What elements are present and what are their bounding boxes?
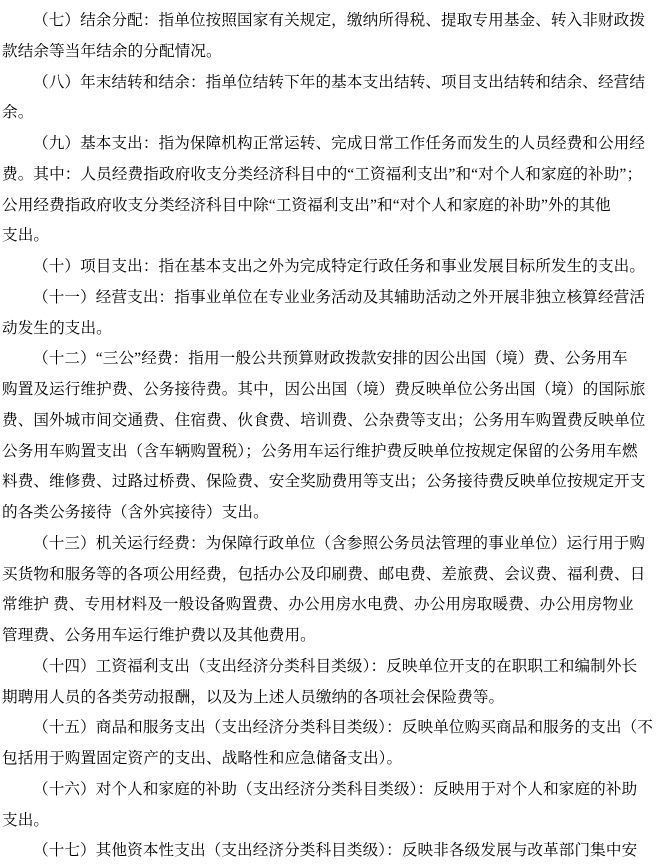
text-line: 款结余等当年结余的分配情况。 [2, 37, 659, 68]
text-line: （十六）对个人和家庭的补助（支出经济分类科目类级）：反映用于对个人和家庭的补助 [2, 775, 659, 806]
text-line: 料费、维修费、过路过桥费、保险费、安全奖励费用等支出；公务接待费反映单位按规定开… [2, 467, 659, 498]
text-line: （八）年末结转和结余：指单位结转下年的基本支出结转、项目支出结转和结余、经营结 [2, 68, 659, 99]
text-line: （十）项目支出：指在基本支出之外为完成特定行政任务和事业发展目标所发生的支出。 [2, 252, 659, 283]
text-line: 购置及运行维护费、公务接待费。其中，因公出国（境）费反映单位公务出国（境）的国际… [2, 375, 659, 406]
text-line: （十三）机关运行经费：为保障行政单位（含参照公务员法管理的事业单位）运行用于购 [2, 529, 659, 560]
text-line: 期聘用人员的各类劳动报酬，以及为上述人员缴纳的各项社会保险费等。 [2, 683, 659, 714]
text-line: 公务用车购置支出（含车辆购置税）；公务用车运行维护费反映单位按规定保留的公务用车… [2, 437, 659, 468]
text-line: （十五）商品和服务支出（支出经济分类科目类级）：反映单位购买商品和服务的支出（不 [2, 713, 659, 744]
text-line: （十二）“三公”经费：指用一般公共预算财政拨款安排的因公出国（境）费、公务用车 [2, 344, 659, 375]
text-line: 包括用于购置固定资产的支出、战略性和应急储备支出）。 [2, 744, 659, 775]
document-page: （七）结余分配：指单位按照国家有关规定，缴纳所得税、提取专用基金、转入非财政拨款… [0, 0, 660, 866]
text-line: 动发生的支出。 [2, 314, 659, 345]
text-line: （七）结余分配：指单位按照国家有关规定，缴纳所得税、提取专用基金、转入非财政拨 [2, 6, 659, 37]
text-line: 余。 [2, 98, 659, 129]
text-line: 支出。 [2, 806, 659, 837]
text-line: （九）基本支出：指为保障机构正常运转、完成日常工作任务而发生的人员经费和公用经 [2, 129, 659, 160]
text-line: 费。其中：人员经费指政府收支分类经济科目中的“工资福利支出”和“对个人和家庭的补… [2, 160, 659, 191]
text-line: 管理费、公务用车运行维护费以及其他费用。 [2, 621, 659, 652]
text-line: 买货物和服务等的各项公用经费，包括办公及印刷费、邮电费、差旅费、会议费、福利费、… [2, 560, 659, 591]
text-line: 支出。 [2, 221, 659, 252]
text-line: （十七）其他资本性支出（支出经济分类科目类级）：反映非各级发展与改革部门集中安 [2, 836, 659, 866]
text-line: （十一）经营支出：指事业单位在专业业务活动及其辅助活动之外开展非独立核算经营活 [2, 283, 659, 314]
text-line: 费、国外城市间交通费、住宿费、伙食费、培训费、公杂费等支出；公务用车购置费反映单… [2, 406, 659, 437]
document-text-block: （七）结余分配：指单位按照国家有关规定，缴纳所得税、提取专用基金、转入非财政拨款… [2, 6, 659, 866]
text-line: （十四）工资福利支出（支出经济分类科目类级）：反映单位开支的在职职工和编制外长 [2, 652, 659, 683]
text-line: 常维护 费、专用材料及一般设备购置费、办公用房水电费、办公用房取暖费、办公用房物… [2, 590, 659, 621]
text-line: 的各类公务接待（含外宾接待）支出。 [2, 498, 659, 529]
text-line: 公用经费指政府收支分类经济科目中除“工资福利支出”和“对个人和家庭的补助”外的其… [2, 191, 659, 222]
